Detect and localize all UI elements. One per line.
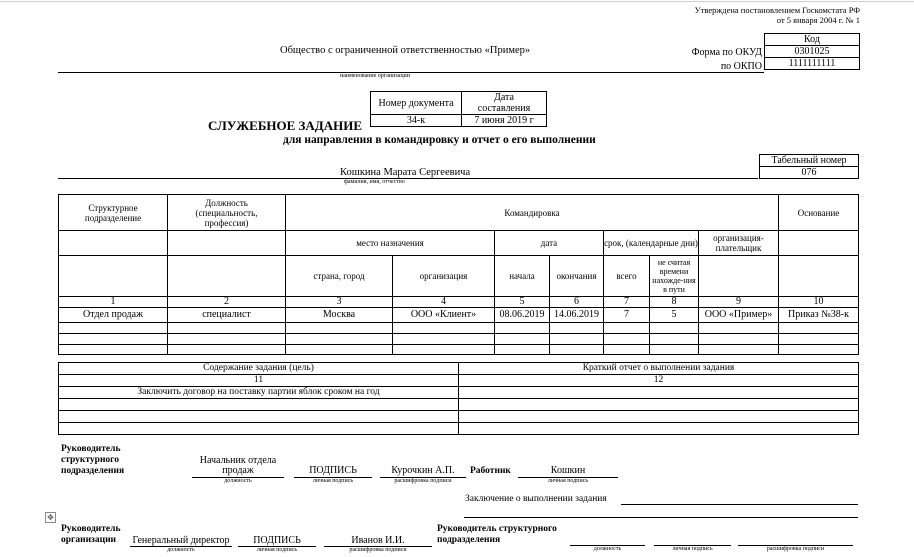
org-head-signature-caption: личная подпись (238, 547, 316, 553)
header-excl-travel: не считая времени нахожде-ния в пути (650, 256, 699, 297)
cell-empty[interactable] (550, 345, 604, 355)
header-trip: Командировка (286, 195, 779, 231)
dept-head-signature[interactable]: ПОДПИСЬ (294, 466, 372, 476)
codes-header: Код (765, 34, 860, 46)
org-head-position[interactable]: Генеральный директор (130, 536, 232, 546)
cell-empty[interactable] (779, 345, 859, 355)
cell-empty[interactable] (604, 323, 650, 334)
cell-dept[interactable]: Отдел продаж (59, 308, 168, 323)
dept-head-position[interactable]: Начальник отдела продаж (192, 456, 284, 476)
caption-signature: личная подпись (294, 478, 372, 484)
worker-signature[interactable]: Кошкин (518, 466, 618, 476)
task-report-number: 12 (459, 375, 859, 387)
header-position: Должность (специальность, профессия) (168, 195, 286, 231)
cell-empty[interactable] (604, 345, 650, 355)
cell-empty[interactable] (699, 334, 779, 345)
caption-position: должность (192, 478, 284, 484)
header-date: дата (495, 231, 604, 256)
dept-head-label: Руководитель структурного подразделения (61, 444, 141, 477)
task-report-cell[interactable] (459, 423, 859, 435)
header-position-empty (168, 231, 286, 256)
cell-city[interactable]: Москва (286, 308, 393, 323)
worker-label: Работник (470, 466, 511, 477)
organization-caption: наименование организации (340, 73, 410, 79)
tab-number-header: Табельный номер (760, 155, 859, 167)
cell-empty[interactable] (699, 345, 779, 355)
col-num: 5 (495, 297, 550, 308)
caption-decoding: расшифровка подписи (380, 478, 466, 484)
employee-name-underline (58, 178, 758, 179)
col-num: 8 (650, 297, 699, 308)
task-goal-cell[interactable] (59, 423, 459, 435)
cell-empty[interactable] (779, 334, 859, 345)
header-end: окончания (550, 256, 604, 297)
cell-excl-travel[interactable]: 5 (650, 308, 699, 323)
table-row (59, 345, 859, 355)
header-dept-empty (59, 231, 168, 256)
cell-empty[interactable] (59, 334, 168, 345)
cell-empty[interactable] (650, 345, 699, 355)
header-country-city: страна, город (286, 256, 393, 297)
cell-end[interactable]: 14.06.2019 (550, 308, 604, 323)
okpo-value[interactable]: 1111111111 (765, 58, 860, 70)
header-term: срок, (календарные дни) (604, 231, 699, 256)
doc-date-header: Дата составления (462, 92, 547, 115)
col-num: 2 (168, 297, 286, 308)
table-row: Отдел продаж специалист Москва ООО «Клие… (59, 308, 859, 323)
task-goal-cell[interactable]: Заключить договор на поставку партии ябл… (59, 387, 459, 399)
approval-line-2: от 5 января 2004 г. № 1 (695, 15, 860, 25)
task-goal-header: Содержание задания (цель) (59, 363, 459, 375)
conclusion-line-1[interactable] (621, 504, 858, 505)
task-report-cell[interactable] (459, 399, 859, 411)
col-num: 9 (699, 297, 779, 308)
header-total: всего (604, 256, 650, 297)
cell-empty[interactable] (59, 345, 168, 355)
cell-basis[interactable]: Приказ №38-к (779, 308, 859, 323)
employee-name[interactable]: Кошкина Марата Сергеевича (340, 167, 470, 178)
document-subtitle: для направления в командировку и отчет о… (283, 134, 596, 146)
org-head-name-caption: расшифровка подписи (324, 547, 432, 553)
header-destination: место назначения (286, 231, 495, 256)
task-goal-cell[interactable] (59, 399, 459, 411)
cell-empty[interactable] (59, 323, 168, 334)
cell-empty[interactable] (550, 334, 604, 345)
cell-empty[interactable] (286, 345, 393, 355)
doc-date-header-line1: Дата (462, 92, 546, 103)
header-dept-empty-2 (59, 256, 168, 297)
dept-head2-signature-caption: личная подпись (654, 546, 731, 552)
col-num: 7 (604, 297, 650, 308)
cell-empty[interactable] (495, 323, 550, 334)
task-table: Содержание задания (цель) Краткий отчет … (58, 362, 859, 435)
col-num: 10 (779, 297, 859, 308)
okud-label: Форма по ОКУД (692, 47, 762, 58)
tab-number-value[interactable]: 076 (760, 167, 859, 179)
cell-empty[interactable] (393, 323, 495, 334)
doc-number-header: Номер документа (371, 92, 462, 115)
task-report-header: Краткий отчет о выполнении задания (459, 363, 859, 375)
trip-table: Структурное подразделение Должность (спе… (58, 194, 859, 355)
org-head-signature[interactable]: ПОДПИСЬ (238, 536, 316, 546)
okud-value[interactable]: 0301025 (765, 46, 860, 58)
header-basis-empty (779, 231, 859, 256)
employee-name-caption: фамилия, имя, отчество (344, 179, 405, 185)
col-num: 4 (393, 297, 495, 308)
cell-empty[interactable] (286, 334, 393, 345)
codes-table: Код 0301025 1111111111 (764, 33, 860, 70)
org-head-position-caption: должность (130, 547, 232, 553)
header-org: организация (393, 256, 495, 297)
cell-empty[interactable] (286, 323, 393, 334)
doc-date-header-line2: составления (462, 103, 546, 114)
okpo-label: по ОКПО (721, 61, 762, 72)
dept-head-name[interactable]: Курочкин А.П. (380, 466, 466, 476)
cell-total[interactable]: 7 (604, 308, 650, 323)
table-row (59, 323, 859, 334)
task-goal-number: 11 (59, 375, 459, 387)
move-handle-icon[interactable]: ✥ (45, 512, 56, 523)
task-report-cell[interactable] (459, 387, 859, 399)
header-dept: Структурное подразделение (59, 195, 168, 231)
task-report-cell[interactable] (459, 411, 859, 423)
page-top-border (0, 1, 914, 2)
cell-empty[interactable] (604, 334, 650, 345)
header-payer: организация-плательщик (699, 231, 779, 256)
cell-empty[interactable] (168, 345, 286, 355)
organization-underline (58, 72, 764, 73)
cell-start[interactable]: 08.06.2019 (495, 308, 550, 323)
approval-note: Утверждена постановлением Госкомстата РФ… (695, 5, 860, 25)
org-head-name[interactable]: Иванов И.И. (324, 536, 432, 546)
cell-empty[interactable] (779, 323, 859, 334)
cell-payer[interactable]: ООО «Пример» (699, 308, 779, 323)
header-basis: Основание (779, 195, 859, 231)
cell-empty[interactable] (650, 334, 699, 345)
cell-empty[interactable] (168, 334, 286, 345)
document-info-table: Номер документа Дата составления 34-к 7 … (370, 91, 547, 127)
cell-empty[interactable] (699, 323, 779, 334)
cell-empty[interactable] (550, 323, 604, 334)
col-num: 3 (286, 297, 393, 308)
cell-empty[interactable] (650, 323, 699, 334)
document-title: СЛУЖЕБНОЕ ЗАДАНИЕ (208, 118, 362, 134)
dept-head2-label: Руководитель структурного подразделения (437, 524, 572, 546)
tab-number-table: Табельный номер 076 (759, 154, 859, 179)
worker-signature-caption: личная подпись (518, 478, 618, 484)
col-num: 1 (59, 297, 168, 308)
cell-empty[interactable] (495, 345, 550, 355)
doc-date-value[interactable]: 7 июня 2019 г (462, 115, 547, 127)
table-row (59, 334, 859, 345)
col-num: 6 (550, 297, 604, 308)
org-head-label: Руководитель организации (61, 524, 141, 546)
header-position-empty-2 (168, 256, 286, 297)
cell-empty[interactable] (495, 334, 550, 345)
cell-empty[interactable] (393, 334, 495, 345)
cell-position[interactable]: специалист (168, 308, 286, 323)
conclusion-line-2[interactable] (464, 517, 858, 518)
dept-head2-name-caption: расшифровка подписи (738, 546, 853, 552)
cell-empty[interactable] (168, 323, 286, 334)
dept-head2-position-caption: должность (570, 546, 645, 552)
conclusion-label: Заключение о выполнении задания (465, 494, 607, 504)
doc-number-value[interactable]: 34-к (371, 115, 462, 127)
cell-org[interactable]: ООО «Клиент» (393, 308, 495, 323)
header-start: начала (495, 256, 550, 297)
approval-line-1: Утверждена постановлением Госкомстата РФ (695, 5, 860, 15)
header-payer-empty (699, 256, 779, 297)
header-basis-empty-2 (779, 256, 859, 297)
cell-empty[interactable] (393, 345, 495, 355)
column-numbers-row: 1 2 3 4 5 6 7 8 9 10 (59, 297, 859, 308)
task-goal-cell[interactable] (59, 411, 459, 423)
organization-name[interactable]: Общество с ограниченной ответственностью… (280, 45, 530, 56)
